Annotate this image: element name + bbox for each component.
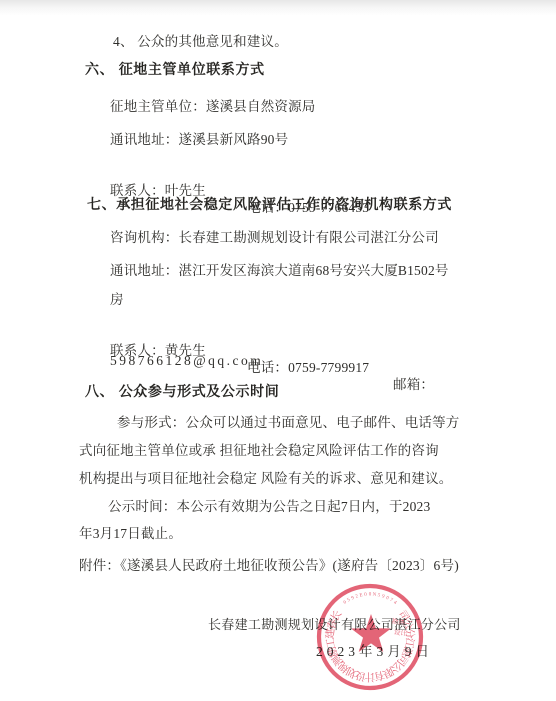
- notice-document-page: 4、 公众的其他意见和建议。 六、 征地主管单位联系方式 征地主管单位：遂溪县自…: [0, 0, 556, 701]
- section6-address-line: 通讯地址：遂溪县新风路90号: [110, 131, 288, 148]
- attachment-line: 附件：《遂溪县人民政府土地征收预公告》(遂府告〔2023〕6号): [79, 557, 459, 574]
- svg-text:E: E: [359, 593, 363, 599]
- section8-para1-line2: 式向征地主管单位或承 担征地社会稳定风险评估工作的咨询: [79, 442, 439, 459]
- star-icon: [351, 614, 391, 652]
- company-seal: 勘测 设计 长春建工勘测规划设计有限公司湛江分公司 0592E00N59074: [314, 579, 426, 697]
- section8-para1-line3: 机构提出与项目征地社会稳定 风险有关的诉求、意见和建议。: [79, 470, 452, 487]
- svg-text:4: 4: [392, 600, 397, 606]
- section7-contact-phone: 电话：0759-7799917: [247, 359, 369, 376]
- section6-heading: 六、 征地主管单位联系方式: [85, 61, 265, 78]
- svg-text:N: N: [372, 593, 377, 598]
- section8-heading: 八、 公众参与形式及公示时间: [85, 383, 279, 400]
- section8-para1-line1: 参与形式：公众可以通过书面意见、电子邮件、电话等方: [117, 414, 460, 431]
- list-item-4: 4、 公众的其他意见和建议。: [113, 33, 288, 50]
- section8-para2-line1: 公示时间：本公示有效期为公告之日起7日内，于2023: [108, 498, 430, 515]
- section7-address-line: 通讯地址：湛江开发区海滨大道南68号安兴大厦B1502号: [110, 262, 449, 279]
- section8-para2-line2: 年3月17日截止。: [79, 525, 182, 542]
- section7-heading: 七、承担征地社会稳定风险评估工作的咨询机构联系方式: [87, 196, 452, 213]
- section7-agency-line: 咨询机构：长春建工勘测规划设计有限公司湛江分公司: [110, 229, 439, 246]
- section6-authority-line: 征地主管单位：遂溪县自然资源局: [110, 98, 316, 115]
- svg-text:0: 0: [364, 593, 368, 598]
- scan-top-shadow: [0, 0, 556, 16]
- section7-email-label: 邮箱：: [393, 376, 434, 393]
- section7-address-line-cont: 房: [110, 291, 124, 308]
- svg-text:0: 0: [369, 593, 372, 598]
- seal-code-arc-text: 0592E00N59074: [343, 593, 398, 607]
- section7-email-value: 598766128@qq.com: [110, 352, 263, 369]
